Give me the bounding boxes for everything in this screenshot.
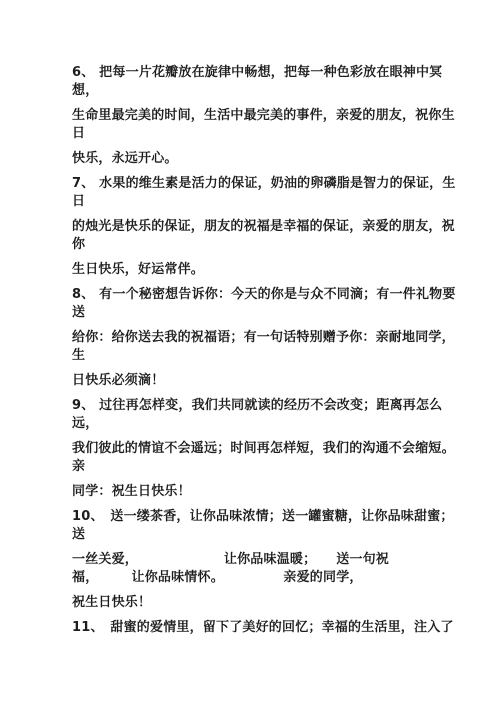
text-line: 送 — [72, 526, 455, 544]
text-line: 7、 水果的维生素是活力的保证，奶油的卵磷脂是智力的保证，生 — [72, 175, 455, 193]
text-line: 一丝关爱， 让你品味温暖； 送一句祝 — [72, 551, 455, 569]
paragraph-group: 生日快乐，好运常伴。 — [72, 261, 455, 279]
text-line: 生日快乐，好运常伴。 — [72, 261, 455, 279]
text-line: 日 — [72, 125, 455, 143]
paragraph-group: 8、 有一个秘密想告诉你：今天的你是与众不同滴；有一件礼物要 送 — [72, 286, 455, 322]
document-page: 6、 把每一片花瓣放在旋律中畅想，把每一种色彩放在眼神中冥 想， 生命里最完美的… — [0, 0, 500, 708]
paragraph-item-9: 9、 过往再怎样变，我们共同就读的经历不会改变；距离再怎么 远， 我们彼此的情谊… — [72, 397, 455, 501]
paragraph-group: 快乐，永远开心。 — [72, 150, 455, 168]
paragraph-group: 9、 过往再怎样变，我们共同就读的经历不会改变；距离再怎么 远， — [72, 397, 455, 433]
paragraph-group: 一丝关爱， 让你品味温暖； 送一句祝 福， 让你品味情怀。 亲爱的同学， — [72, 551, 455, 587]
text-line: 给你：给你送去我的祝福语；有一句话特别赠予你：亲耐地同学， — [72, 329, 455, 347]
text-line: 的烛光是快乐的保证，朋友的祝福是幸福的保证，亲爱的朋友，祝 — [72, 218, 455, 236]
paragraph-item-10: 10、 送一缕茶香，让你品味浓情；送一罐蜜糖，让你品味甜蜜； 送 一丝关爱， 让… — [72, 508, 455, 612]
paragraph-item-11: 11、 甜蜜的爱情里，留下了美好的回忆；幸福的生活里，注入了 — [72, 619, 455, 637]
paragraph-group: 10、 送一缕茶香，让你品味浓情；送一罐蜜糖，让你品味甜蜜； 送 — [72, 508, 455, 544]
paragraph-group: 生命里最完美的时间，生活中最完美的事件，亲爱的朋友，祝你生 日 — [72, 107, 455, 143]
text-line: 日快乐必须滴！ — [72, 372, 455, 390]
text-line: 远， — [72, 415, 455, 433]
text-line: 快乐，永远开心。 — [72, 150, 455, 168]
paragraph-group: 的烛光是快乐的保证，朋友的祝福是幸福的保证，亲爱的朋友，祝 你 — [72, 218, 455, 254]
paragraph-group: 6、 把每一片花瓣放在旋律中畅想，把每一种色彩放在眼神中冥 想， — [72, 64, 455, 100]
paragraph-group: 11、 甜蜜的爱情里，留下了美好的回忆；幸福的生活里，注入了 — [72, 619, 455, 637]
paragraph-group: 7、 水果的维生素是活力的保证，奶油的卵磷脂是智力的保证，生 日 — [72, 175, 455, 211]
text-line: 生命里最完美的时间，生活中最完美的事件，亲爱的朋友，祝你生 — [72, 107, 455, 125]
text-line: 生 — [72, 347, 455, 365]
text-line: 亲 — [72, 458, 455, 476]
text-line: 福， 让你品味情怀。 亲爱的同学， — [72, 569, 455, 587]
text-line: 我们彼此的情谊不会遥远；时间再怎样短，我们的沟通不会缩短。 — [72, 440, 455, 458]
text-line: 11、 甜蜜的爱情里，留下了美好的回忆；幸福的生活里，注入了 — [72, 619, 455, 637]
text-line: 6、 把每一片花瓣放在旋律中畅想，把每一种色彩放在眼神中冥 — [72, 64, 455, 82]
text-line: 祝生日快乐！ — [72, 594, 455, 612]
text-line: 8、 有一个秘密想告诉你：今天的你是与众不同滴；有一件礼物要 — [72, 286, 455, 304]
text-line: 你 — [72, 236, 455, 254]
text-line: 同学：祝生日快乐！ — [72, 483, 455, 501]
paragraph-group: 我们彼此的情谊不会遥远；时间再怎样短，我们的沟通不会缩短。 亲 — [72, 440, 455, 476]
text-line: 送 — [72, 304, 455, 322]
paragraph-group: 祝生日快乐！ — [72, 594, 455, 612]
paragraph-item-6: 6、 把每一片花瓣放在旋律中畅想，把每一种色彩放在眼神中冥 想， 生命里最完美的… — [72, 64, 455, 168]
text-line: 日 — [72, 193, 455, 211]
paragraph-item-8: 8、 有一个秘密想告诉你：今天的你是与众不同滴；有一件礼物要 送 给你：给你送去… — [72, 286, 455, 390]
paragraph-group: 日快乐必须滴！ — [72, 372, 455, 390]
text-line: 想， — [72, 82, 455, 100]
text-line: 9、 过往再怎样变，我们共同就读的经历不会改变；距离再怎么 — [72, 397, 455, 415]
paragraph-group: 给你：给你送去我的祝福语；有一句话特别赠予你：亲耐地同学， 生 — [72, 329, 455, 365]
paragraph-item-7: 7、 水果的维生素是活力的保证，奶油的卵磷脂是智力的保证，生 日 的烛光是快乐的… — [72, 175, 455, 279]
paragraph-group: 同学：祝生日快乐！ — [72, 483, 455, 501]
text-line: 10、 送一缕茶香，让你品味浓情；送一罐蜜糖，让你品味甜蜜； — [72, 508, 455, 526]
